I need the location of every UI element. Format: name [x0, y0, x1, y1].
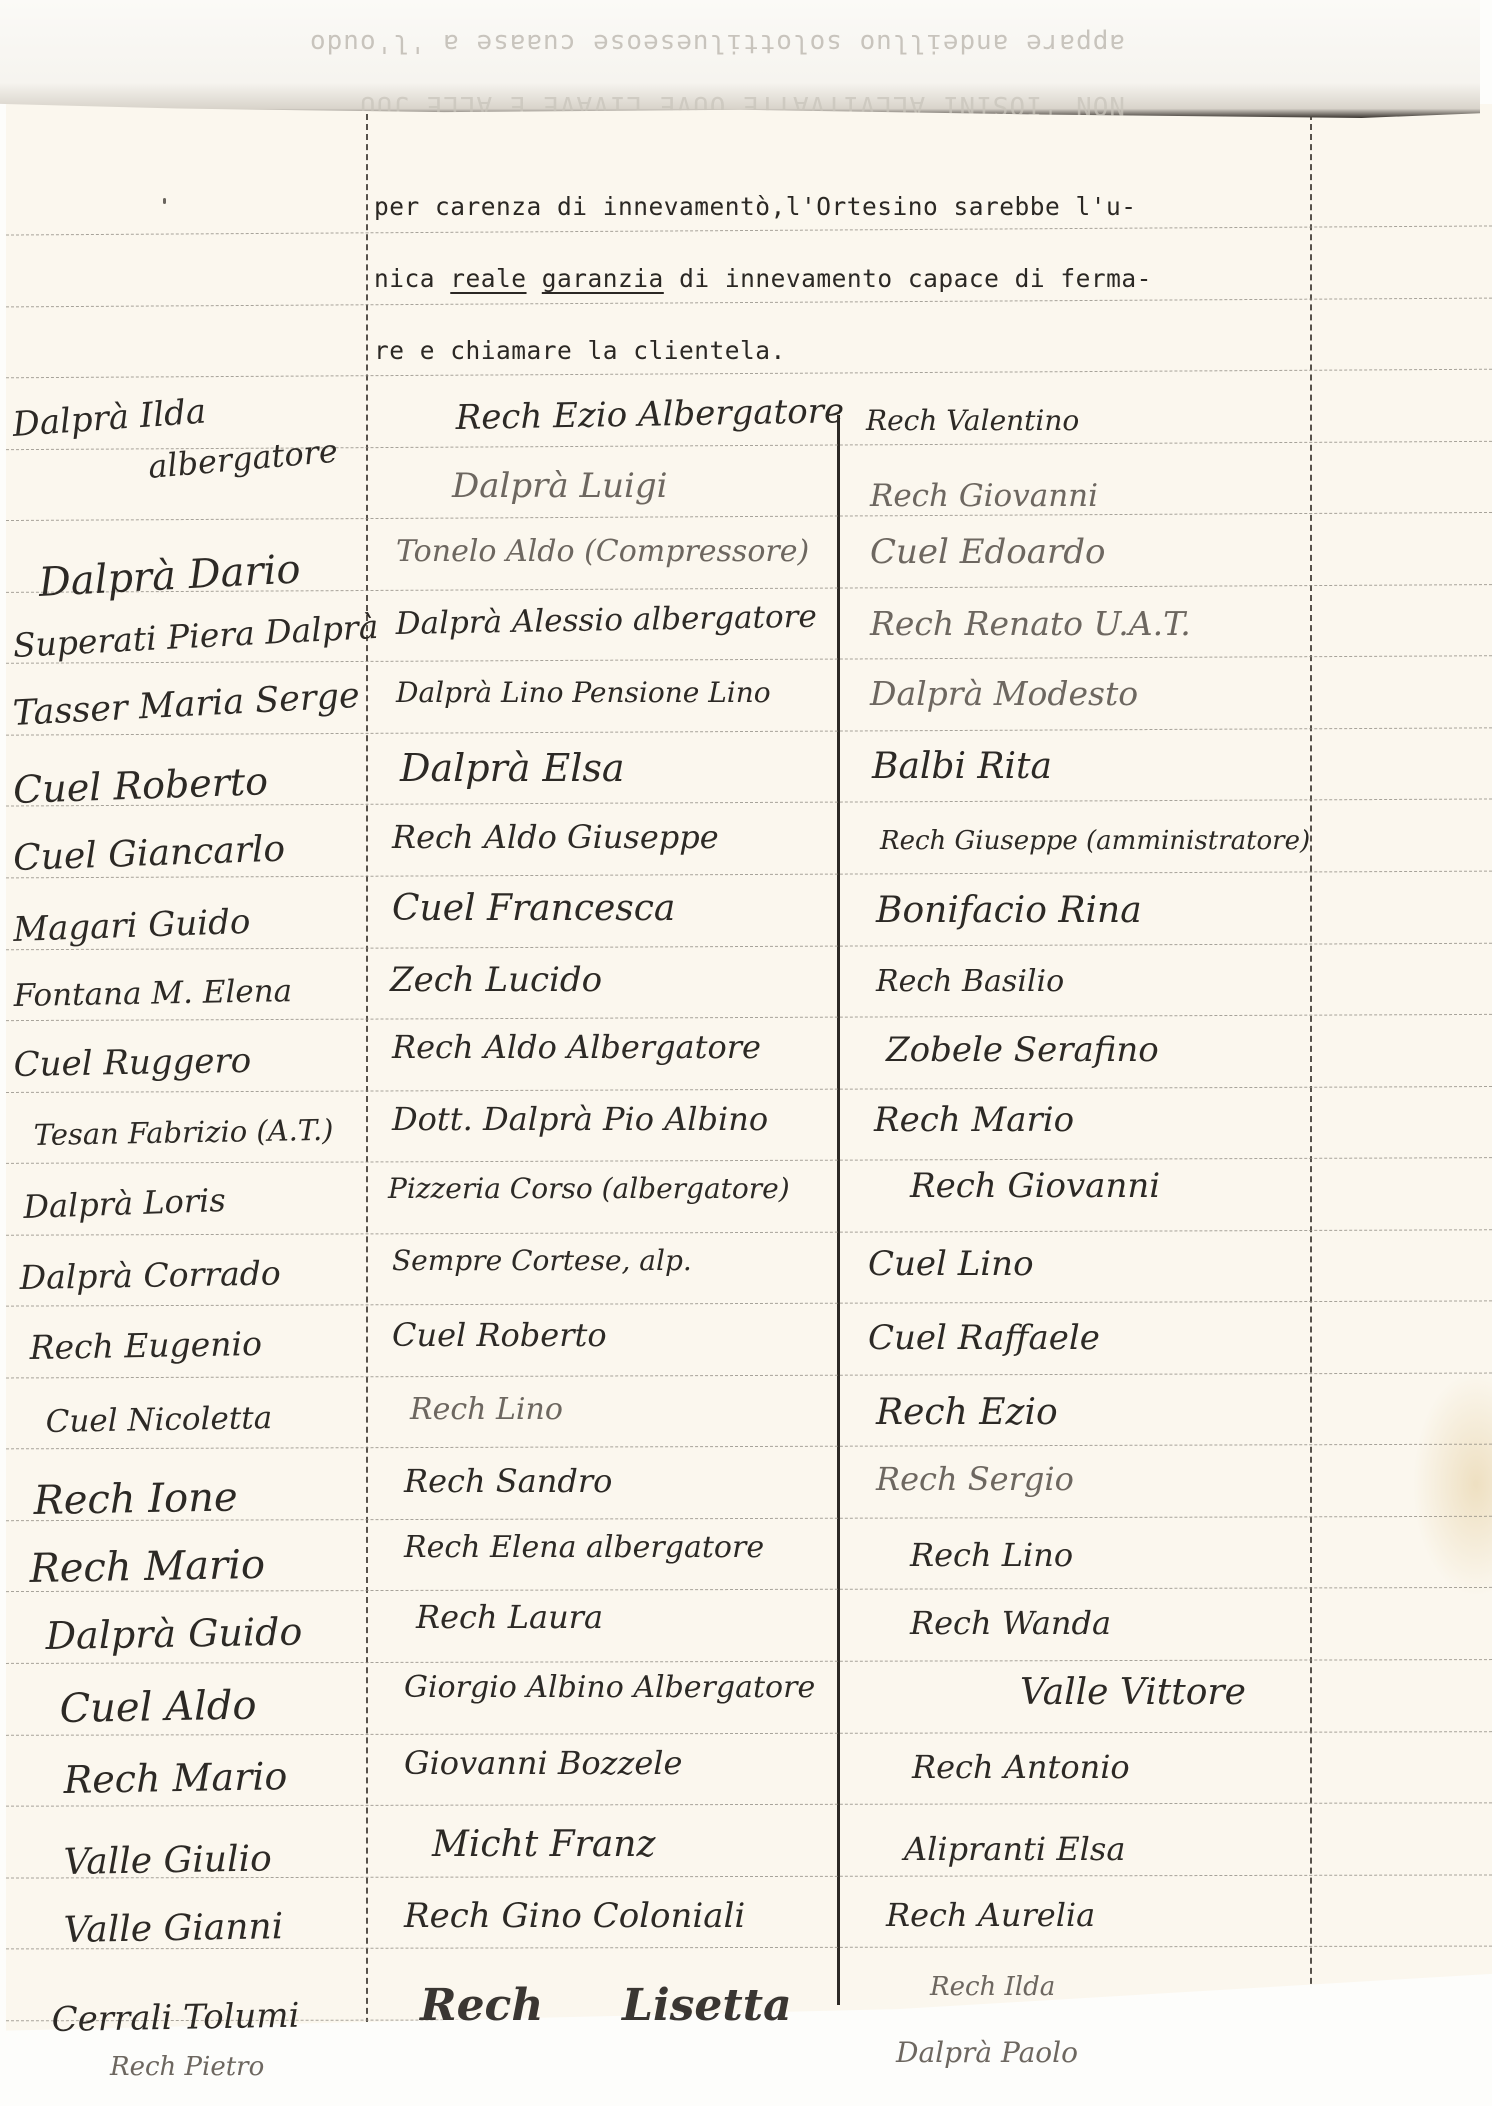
signature: Rech Aurelia — [886, 1896, 1095, 1934]
mirrored-text-line: appare andeilluo solottilueseose cuaase … — [165, 28, 1125, 58]
signature: Rech Sandro — [404, 1462, 612, 1500]
signature: Rech Giovanni — [870, 478, 1098, 514]
signature: Rech Renato U.A.T. — [870, 604, 1191, 643]
signature: Cuel Ruggero — [13, 1041, 251, 1085]
signature: Rech — [420, 1980, 543, 2031]
signature: Giovanni Bozzele — [404, 1744, 682, 1782]
signature: Cuel Lino — [868, 1244, 1034, 1284]
signature: Rech Ezio Albergatore — [455, 391, 844, 438]
signature: Rech Valentino — [866, 404, 1079, 437]
signature: Rech Basilio — [876, 964, 1064, 999]
signature: Alipranti Elsa — [904, 1830, 1125, 1868]
signature: Valle Vittore — [1020, 1672, 1246, 1713]
signature: Fontana M. Elena — [13, 973, 292, 1014]
signature: Micht Franz — [432, 1824, 655, 1865]
column-rule-left — [366, 104, 368, 2064]
signature: Zech Lucido — [390, 960, 602, 1000]
signature: Rech Elena albergatore — [404, 1530, 764, 1565]
ruled-line — [6, 1301, 1492, 1307]
signature: Rech Ilda — [930, 1972, 1055, 2002]
signature: Rech Sergio — [876, 1460, 1074, 1498]
signature: Giorgio Albino Albergatore — [404, 1670, 815, 1705]
ruled-line — [6, 225, 1492, 235]
signature: Rech Eugenio — [29, 1324, 262, 1367]
signature: Cuel Edoardo — [870, 532, 1106, 572]
underlined-word-garanzia: garanzia — [542, 264, 664, 293]
signature: Rech Mario — [63, 1754, 287, 1802]
signature: Rech Antonio — [912, 1748, 1130, 1786]
signature: Dott. Dalprà Pio Albino — [392, 1100, 768, 1138]
ruled-line — [6, 1802, 1492, 1806]
typed-line-2: nica reale garanzia di innevamento capac… — [374, 264, 1152, 293]
ruled-line — [6, 1372, 1492, 1378]
ruled-line — [6, 1444, 1492, 1450]
typed-line-1: per carenza di innevamentò,l'Ortesino sa… — [374, 192, 1137, 221]
ruled-line — [6, 1659, 1492, 1664]
signature: Valle Gianni — [63, 1906, 283, 1951]
signature: Sempre Cortese, alp. — [392, 1244, 692, 1277]
signature: Cuel Roberto — [392, 1316, 607, 1354]
signature: Rech Laura — [416, 1598, 603, 1636]
signature: Rech Giuseppe (amministratore) — [880, 826, 1310, 856]
ink-speck — [163, 198, 166, 204]
handdrawn-column-separator — [837, 415, 840, 2005]
ruled-line — [6, 1229, 1492, 1235]
signature: Cerrali Tolumi — [51, 1996, 300, 2040]
signature: Tesan Fabrizio (A.T.) — [33, 1113, 333, 1152]
ruled-line — [6, 297, 1492, 307]
signature: Rech Ione — [33, 1474, 238, 1524]
signature: Rech Ezio — [876, 1392, 1058, 1433]
ruled-line — [6, 1086, 1492, 1093]
underlined-word-reale: reale — [450, 264, 526, 293]
signature: Dalprà Alessio albergatore — [395, 599, 817, 642]
ruled-line — [6, 1731, 1492, 1736]
typed-text: nica — [374, 264, 450, 293]
signature: Pizzeria Corso (albergatore) — [388, 1172, 790, 1205]
ruled-line — [6, 942, 1492, 949]
signature: Cuel Roberto — [12, 759, 268, 812]
typed-text: re e chiamare la clientela. — [374, 336, 786, 365]
signature: Rech Lino — [410, 1392, 563, 1427]
typed-text — [527, 264, 542, 293]
ruled-line — [6, 512, 1492, 521]
ruled-line — [6, 727, 1492, 735]
signature: Dalprà Modesto — [870, 674, 1138, 713]
signature: Tonelo Aldo (Compressore) — [396, 534, 809, 569]
ruled-line — [6, 656, 1492, 665]
ruled-line — [6, 369, 1492, 379]
signature: Zobele Serafino — [886, 1030, 1159, 1070]
signature: Cuel Francesca — [392, 888, 675, 929]
folded-page-flap: appare andeilluo solottilueseose cuaase … — [0, 0, 1480, 118]
signature: Dalprà Elsa — [400, 746, 625, 790]
signature: Dalprà Loris — [23, 1181, 227, 1226]
signature: Rech Wanda — [910, 1604, 1111, 1642]
column-rule-right — [1310, 104, 1312, 2064]
ruled-line — [6, 871, 1492, 879]
ruled-line — [6, 1157, 1492, 1164]
ruled-line — [6, 1014, 1492, 1021]
signature: Rech Mario — [874, 1100, 1074, 1140]
signature: Dalprà Luigi — [452, 466, 668, 506]
signature: Rech Lino — [910, 1536, 1073, 1574]
signature: Rech Gino Coloniali — [404, 1896, 745, 1936]
signature: Dalprà Paolo — [896, 2036, 1078, 2069]
typed-text: per carenza di innevamentò,l'Ortesino sa… — [374, 192, 1137, 221]
signature: Rech Giovanni — [910, 1166, 1160, 1206]
signature: Rech Aldo Albergatore — [392, 1028, 761, 1066]
signature: Magari Guido — [13, 902, 251, 950]
typed-line-3: re e chiamare la clientela. — [374, 336, 786, 365]
signature: Rech Aldo Giuseppe — [392, 818, 719, 856]
signature: Cuel Nicoletta — [45, 1400, 272, 1440]
signature: Valle Giulio — [63, 1838, 272, 1883]
signature: Bonifacio Rina — [876, 890, 1142, 931]
signature: Dalprà Corrado — [19, 1253, 281, 1297]
signature: Dalprà Lino Pensione Lino — [396, 676, 771, 709]
signature: Cuel Aldo — [59, 1683, 257, 1732]
signature: Rech Pietro — [110, 2052, 264, 2082]
typed-text: di innevamento capace di ferma- — [664, 264, 1152, 293]
signature: Cuel Raffaele — [868, 1318, 1100, 1358]
signature: Balbi Rita — [872, 746, 1052, 787]
signature: Lisetta — [622, 1980, 792, 2031]
signature: Dalprà Guido — [45, 1610, 302, 1658]
signature: Rech Mario — [29, 1542, 265, 1592]
